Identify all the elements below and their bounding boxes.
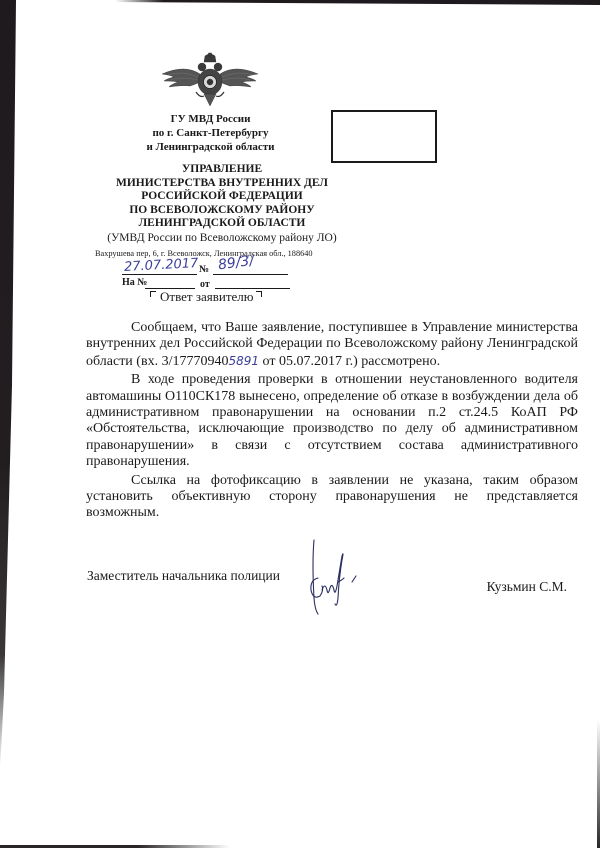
department-line-5: ЛЕНИНГРАДСКОЙ ОБЛАСТИ — [88, 217, 356, 231]
paragraph-3: Ссылка на фотофиксацию в заявлении не ук… — [86, 473, 578, 522]
date-underline — [122, 274, 197, 275]
addressee-corner-right — [256, 291, 262, 297]
addressee-redacted-box — [331, 110, 437, 163]
department-line-3: РОССИЙСКОЙ ФЕДЕРАЦИИ — [88, 190, 356, 204]
department-address: Вахрушева пер, 6, г. Всеволожск, Ленингр… — [95, 249, 313, 258]
number-label: № — [199, 264, 209, 275]
paragraph-1: Сообщаем, что Ваше заявление, поступивше… — [86, 320, 578, 370]
scan-border-left — [0, 0, 16, 770]
issuer-header: ГУ МВД России по г. Санкт-Петербургу и Л… — [118, 112, 303, 154]
handwritten-number: 89/3/ — [217, 253, 255, 274]
issuer-line-2: по г. Санкт-Петербургу — [118, 126, 303, 140]
issuer-line-3: и Ленинградской области — [118, 140, 303, 154]
signatory-title: Заместитель начальника полиции — [87, 568, 280, 584]
department-abbreviation: (УМВД России по Всеволожскому району ЛО) — [88, 232, 356, 246]
paragraph-1-text-end: от 05.07.2017 г.) рассмотрено. — [259, 354, 440, 369]
department-line-1: УПРАВЛЕНИЕ — [88, 163, 356, 177]
issuer-line-1: ГУ МВД России — [118, 112, 303, 126]
department-line-4: ПО ВСЕВОЛОЖСКОМУ РАЙОНУ — [88, 204, 356, 218]
paragraph-2: В ходе проведения проверки в отношении н… — [86, 372, 578, 470]
department-line-2: МИНИСТЕРСТВА ВНУТРЕННИХ ДЕЛ — [88, 177, 356, 191]
signatory-name: Кузьмин С.М. — [487, 579, 567, 595]
handwritten-signature-icon — [302, 538, 362, 618]
reply-to-label: На № — [122, 277, 147, 288]
department-block: УПРАВЛЕНИЕ МИНИСТЕРСТВА ВНУТРЕННИХ ДЕЛ Р… — [88, 163, 356, 246]
addressee-corner-left — [150, 291, 156, 297]
mvd-emblem-icon — [160, 52, 260, 112]
number-underline — [213, 274, 288, 275]
handwritten-incoming-number: 5891 — [228, 354, 259, 368]
reply-to-applicant-label: Ответ заявителю — [160, 289, 253, 305]
handwritten-date: 27.07.2017 — [124, 256, 199, 275]
letter-body: Сообщаем, что Ваше заявление, поступивше… — [86, 320, 578, 524]
scan-border-top — [115, 0, 600, 5]
